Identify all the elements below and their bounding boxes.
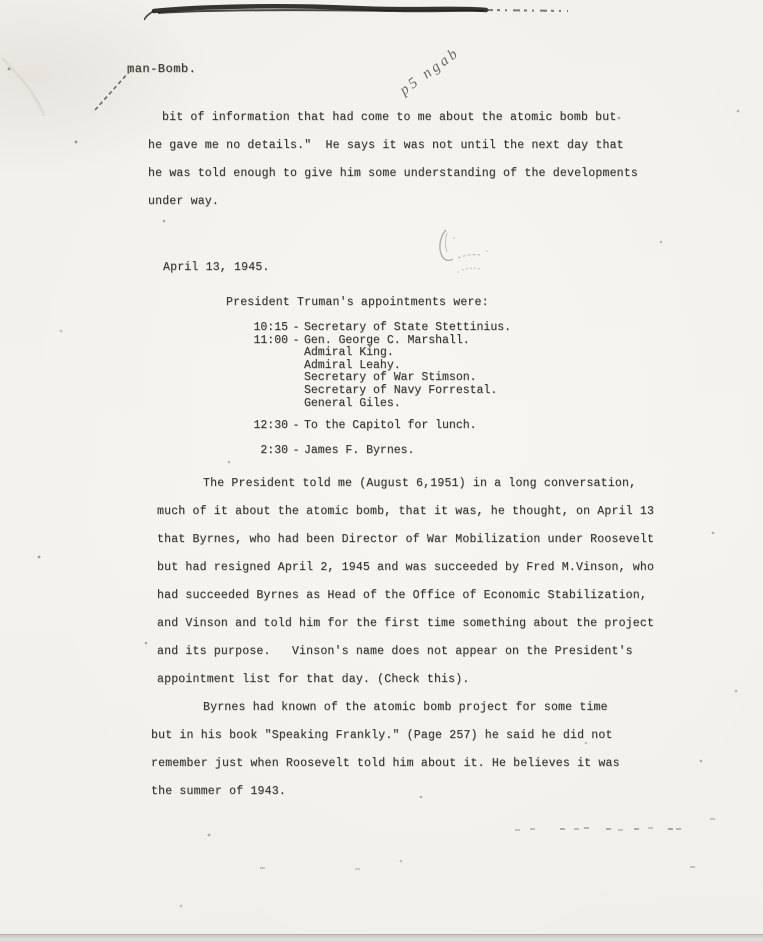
text-line: he gave me no details." He says it was n… bbox=[148, 132, 638, 160]
text-line: bit of information that had come to me a… bbox=[148, 104, 638, 132]
appointment-dash: - bbox=[288, 420, 304, 433]
checkmark-line bbox=[90, 66, 138, 114]
appointment-time: 12:30 bbox=[252, 420, 288, 433]
text-line: much of it about the atomic bomb, that i… bbox=[157, 498, 654, 526]
paragraph-2: The President told me (August 6,1951) in… bbox=[157, 470, 654, 694]
appointment-row: 10:15-Secretary of State Stettinius. bbox=[252, 322, 511, 335]
appointment-dash bbox=[288, 347, 304, 360]
appointments-intro: President Truman's appointments were: bbox=[226, 296, 489, 309]
appointment-time bbox=[252, 385, 288, 398]
appointment-row: 12:30-To the Capitol for lunch. bbox=[252, 420, 511, 433]
appointment-dash: - bbox=[288, 335, 304, 348]
appointment-dash: - bbox=[288, 322, 304, 335]
appointment-row: Admiral King. bbox=[252, 347, 511, 360]
appointment-time: 10:15 bbox=[252, 322, 288, 335]
appointment-dash bbox=[288, 360, 304, 373]
date-heading: April 13, 1945. bbox=[163, 261, 270, 274]
text-line: and Vinson and told him for the first ti… bbox=[157, 610, 654, 638]
appointment-text: Secretary of Navy Forrestal. bbox=[304, 385, 497, 398]
text-line: Byrnes had known of the atomic bomb proj… bbox=[151, 694, 620, 722]
paragraph-3: Byrnes had known of the atomic bomb proj… bbox=[151, 694, 620, 806]
appointment-time: 2:30 bbox=[252, 445, 288, 458]
text-line: had succeeded Byrnes as Head of the Offi… bbox=[157, 582, 654, 610]
text-line: that Byrnes, who had been Director of Wa… bbox=[157, 526, 654, 554]
scan-edge-bottom bbox=[0, 934, 763, 942]
appointment-time bbox=[252, 347, 288, 360]
text-line: and its purpose. Vinson's name does not … bbox=[157, 638, 654, 666]
appointment-dash bbox=[288, 385, 304, 398]
appointment-dash bbox=[288, 372, 304, 385]
appointment-text: Secretary of State Stettinius. bbox=[304, 322, 511, 335]
text-line: the summer of 1943. bbox=[151, 778, 620, 806]
appointment-time bbox=[252, 360, 288, 373]
appointment-dash: - bbox=[288, 445, 304, 458]
handwritten-annotation: p5 ngab bbox=[397, 45, 463, 100]
appointment-row: General Giles. bbox=[252, 398, 511, 411]
text-line: but in his book "Speaking Frankly." (Pag… bbox=[151, 722, 620, 750]
text-line: appointment list for that day. (Check th… bbox=[157, 666, 654, 694]
appointment-row: Secretary of Navy Forrestal. bbox=[252, 385, 511, 398]
scan-artifact-top-line bbox=[144, 2, 574, 24]
text-line: The President told me (August 6,1951) in… bbox=[157, 470, 654, 498]
text-line: but had resigned April 2, 1945 and was s… bbox=[157, 554, 654, 582]
scan-noise-specks bbox=[0, 0, 2, 2]
text-line: under way. bbox=[148, 188, 638, 216]
paragraph-1: bit of information that had come to me a… bbox=[148, 104, 638, 216]
document-page: p5 ngab man-Bomb. bit of information tha… bbox=[0, 0, 763, 942]
appointment-time bbox=[252, 372, 288, 385]
text-line: remember just when Roosevelt told him ab… bbox=[151, 750, 620, 778]
appointment-text: General Giles. bbox=[304, 398, 401, 411]
scan-artifact-dashes bbox=[560, 828, 565, 830]
appointment-time bbox=[252, 398, 288, 411]
text-line: he was told enough to give him some unde… bbox=[148, 160, 638, 188]
appointment-text: To the Capitol for lunch. bbox=[304, 420, 477, 433]
paper-crease bbox=[0, 50, 90, 120]
appointment-text: Admiral King. bbox=[304, 347, 394, 360]
appointment-row: 2:30-James F. Byrnes. bbox=[252, 445, 511, 458]
pencil-smudge bbox=[432, 226, 504, 281]
appointment-text: James F. Byrnes. bbox=[304, 445, 414, 458]
appointment-dash bbox=[288, 398, 304, 411]
appointments-list: 10:15-Secretary of State Stettinius. 11:… bbox=[252, 322, 511, 457]
appointment-time: 11:00 bbox=[252, 335, 288, 348]
